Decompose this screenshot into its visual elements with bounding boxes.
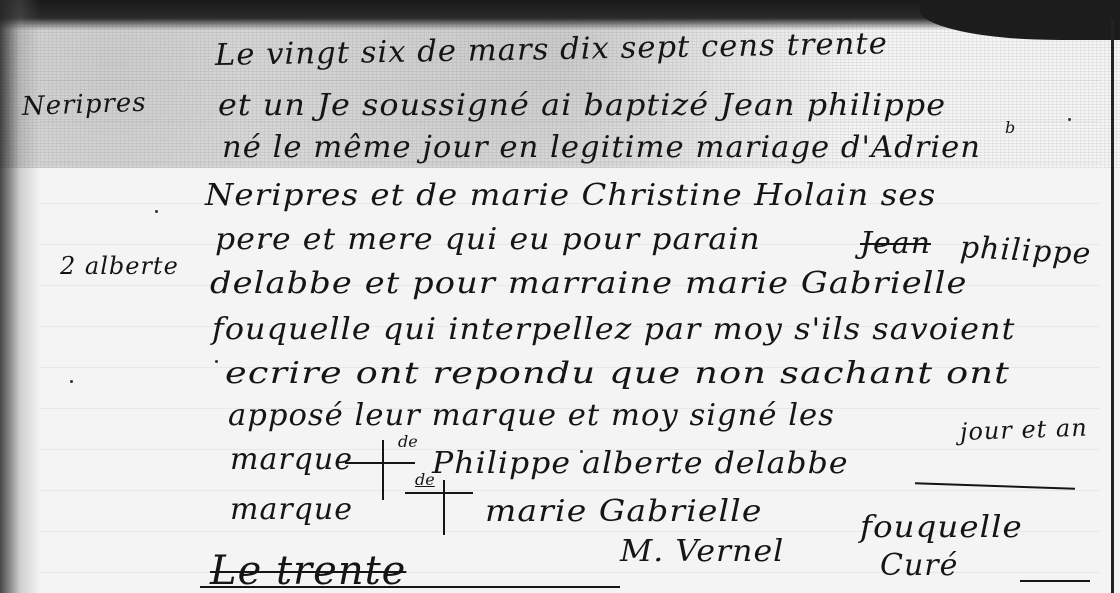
- ink-speck: [260, 245, 263, 248]
- interline-note: b: [1005, 118, 1015, 137]
- cross-mark-godfather-vertical: [382, 440, 384, 500]
- mark-de-top: de: [398, 432, 418, 451]
- priest-signature: M. Vernel: [620, 534, 784, 569]
- page-right-border: [1111, 20, 1114, 593]
- entry-line-5-end: philippe: [959, 230, 1092, 272]
- entry-line-9: apposé leur marque et moy signé les: [228, 398, 835, 433]
- scan-left-edge: [0, 0, 40, 593]
- ink-speck: [580, 450, 583, 453]
- entry-line-7: fouquelle qui interpellez par moy s'ils …: [212, 312, 1015, 347]
- godmother-surname: fouquelle: [860, 510, 1023, 545]
- entry-line-8: ecrire ont repondu que non sachant ont: [225, 356, 1010, 391]
- godmother-name: marie Gabrielle: [485, 494, 762, 529]
- cross-mark-godmother-horizontal: [405, 492, 473, 494]
- signature-line-2: [1020, 580, 1090, 582]
- entry-line-4: Neripres et de marie Christine Holain se…: [205, 178, 936, 213]
- cross-mark-godmother-vertical: [443, 480, 445, 535]
- ink-speck: [1068, 118, 1071, 121]
- mark-de-bottom: de: [415, 470, 435, 489]
- margin-godfather-note: 2 alberte: [60, 252, 179, 280]
- entry-line-5-struck-word: Jean: [860, 226, 931, 261]
- entry-line-9-end: jour et an: [960, 414, 1089, 446]
- entry-line-2: et un Je soussigné ai baptizé Jean phili…: [218, 88, 946, 123]
- entry-line-6: delabbe et pour marraine marie Gabrielle: [210, 266, 967, 301]
- mark-label-godmother: marque: [230, 492, 353, 527]
- next-entry-strikeline: [200, 586, 620, 588]
- ink-speck: [155, 210, 158, 213]
- cross-mark-godfather-horizontal: [345, 462, 415, 464]
- mark-label-godfather: marque: [230, 442, 353, 477]
- entry-line-5: pere et mere qui eu pour parain: [215, 222, 761, 257]
- godfather-name: Philippe alberte delabbe: [432, 446, 849, 481]
- ink-speck: [215, 360, 218, 363]
- margin-child-surname: Neripres: [21, 88, 147, 122]
- register-page: Neripres 2 alberte Le vingt six de mars …: [0, 0, 1120, 593]
- entry-line-3: né le même jour en legitime mariage d'Ad…: [222, 130, 981, 165]
- ink-speck: [70, 380, 73, 383]
- priest-title: Curé: [880, 548, 958, 583]
